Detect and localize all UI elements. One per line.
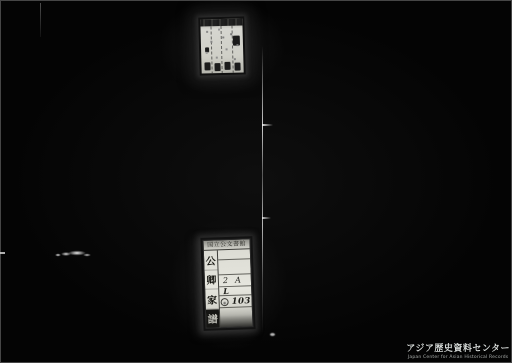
bottom-label-body: 公 卿 家 譜 2A L 103 [204,249,253,328]
scuff-marks [52,248,92,260]
title-character: 家 [205,289,219,309]
faded-character-mark [234,63,240,71]
item-number: 103 [231,296,251,307]
scanned-book-cover: 国立公文書館 公 卿 家 譜 2A L 103 [0,0,512,363]
jacar-watermark-japanese: アジア歴史資料センター [406,341,510,354]
faded-character-mark [214,63,220,71]
classification-grid: 2A L 103 [218,249,253,327]
jacar-watermark: アジア歴史資料センター Japan Center for Asian Histo… [406,341,510,360]
scratch-mark [40,3,41,37]
archive-call-number-label: 国立公文書館 公 卿 家 譜 2A L 103 [200,236,255,331]
faded-character-mark [205,47,209,52]
column-divider [231,26,233,73]
title-character: 卿 [205,270,219,290]
column-divider [220,26,222,73]
title-character-stamp: 譜 [206,309,220,328]
column-divider [210,26,212,73]
faded-character-mark [224,62,230,70]
faded-character-mark [204,62,210,70]
bottom-label-paper: 国立公文書館 公 卿 家 譜 2A L 103 [202,238,253,329]
spine-stitch-mark [262,124,273,126]
classification-row-empty [218,259,251,275]
book-spine-highlight [262,46,263,333]
label-noise [200,20,201,21]
edge-speck [0,252,5,254]
label-bottom-smudge [220,307,253,327]
faded-character-mark [233,36,240,46]
scan-glint [270,333,275,336]
class-code: 2 [223,276,228,285]
class-code: A [235,276,241,285]
jacar-watermark-english: Japan Center for Asian Historical Record… [406,355,510,360]
top-title-label [198,16,246,75]
top-label-paper [200,18,243,73]
spine-stitch-mark [262,217,271,219]
title-character: 公 [204,250,218,270]
circle-stamp [220,297,228,305]
